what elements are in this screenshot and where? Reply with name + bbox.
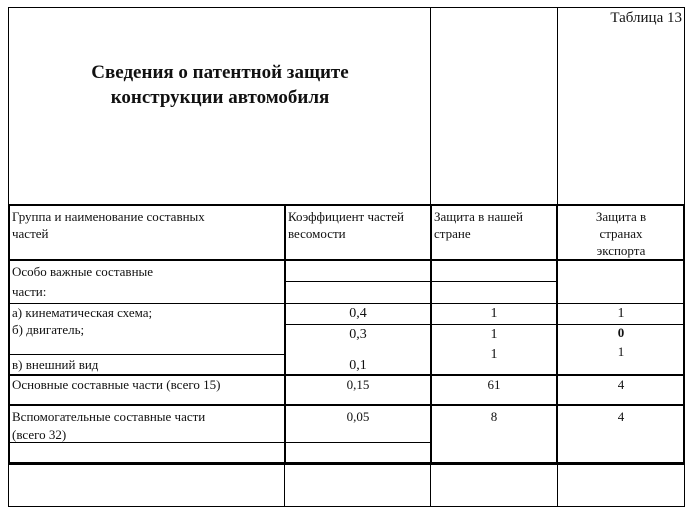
body-right-thick — [683, 259, 685, 464]
header-domestic: Защита в нашей стране — [434, 208, 523, 242]
header-left-thick — [8, 204, 10, 260]
export-kinematic: 1 — [558, 305, 684, 322]
header-bottom-line — [8, 259, 685, 261]
label-kinematic: а) кинематическая схема; — [12, 304, 152, 321]
table-number: Таблица 13 — [610, 10, 682, 27]
domestic-engine: 1 — [432, 326, 556, 343]
row-split-important — [284, 281, 556, 282]
export-engine: 0 — [558, 324, 684, 341]
row-line-bottom — [8, 462, 685, 465]
label-especially-important: Особо важные составные части: — [12, 262, 153, 302]
domestic-auxiliary: 8 — [432, 408, 556, 425]
header-top-line — [8, 204, 685, 206]
coef-kinematic: 0,4 — [286, 305, 430, 322]
title-line-1: Сведения о патентной защите — [20, 60, 420, 85]
label-main: Основные составные части (всего 15) — [12, 376, 220, 393]
export-auxiliary: 4 — [558, 408, 684, 425]
body-left-thick — [8, 259, 10, 464]
header-col2-thick — [284, 204, 286, 260]
title-line-2: конструкции автомобиля — [20, 85, 420, 110]
coef-exterior: 0,1 — [286, 357, 430, 374]
domestic-kinematic: 1 — [432, 305, 556, 322]
header-group: Группа и наименование составных частей — [12, 208, 205, 242]
coef-main: 0,15 — [286, 376, 430, 393]
body-col4-thick — [556, 259, 558, 464]
domestic-main: 61 — [432, 376, 556, 393]
frame-bottom — [8, 506, 685, 507]
label-engine: б) двигатель; — [12, 321, 84, 338]
header-export: Защита в странах экспорта — [558, 208, 684, 259]
export-main: 4 — [558, 376, 684, 393]
domestic-exterior: 1 — [432, 346, 556, 363]
header-coefficient: Коэффициент частей весомости — [288, 208, 404, 242]
row-line-aux — [8, 404, 685, 406]
table-title: Сведения о патентной защите конструкции … — [20, 60, 420, 110]
export-exterior: 1 — [558, 343, 684, 360]
header-col3-thick — [430, 204, 432, 260]
label-exterior: в) внешний вид — [12, 356, 98, 373]
row-line-c — [8, 354, 285, 355]
frame-top — [8, 7, 685, 8]
coef-auxiliary: 0,05 — [286, 408, 430, 425]
coef-engine: 0,3 — [286, 326, 430, 343]
label-auxiliary: Вспомогательные составные части (всего 3… — [12, 408, 205, 444]
